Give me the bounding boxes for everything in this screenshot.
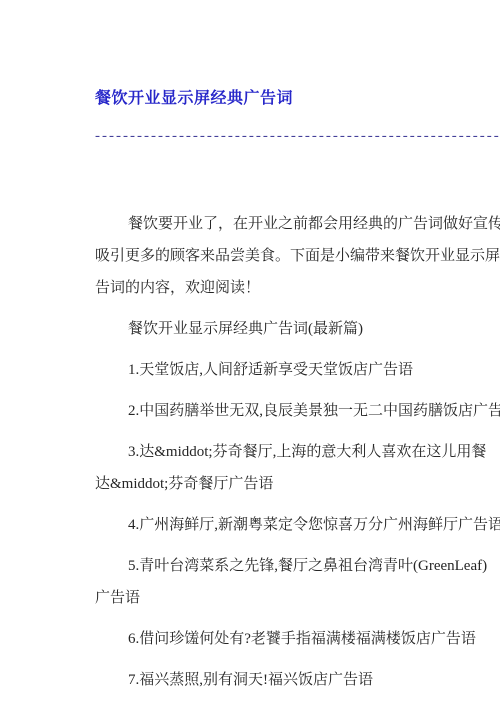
section-heading: 餐饮开业显示屏经典广告词(最新篇) — [95, 313, 500, 345]
ad-item-2-line-1: 2.中国药膳举世无双,良辰美景独一无二中国药膳饭店广告语 — [95, 395, 500, 427]
dashed-divider-line: ----------------------------------------… — [95, 126, 500, 146]
ad-item-2: 2.中国药膳举世无双,良辰美景独一无二中国药膳饭店广告语 — [95, 395, 500, 427]
ad-item-7-line-1: 7.福兴蒸照,别有洞天!福兴饭店广告语 — [95, 664, 500, 696]
ad-item-4: 4.广州海鲜厅,新潮粤菜定令您惊喜万分广州海鲜厅广告语 — [95, 509, 500, 541]
ad-item-6: 6.借问珍馐何处有?老饕手指福满楼福满楼饭店广告语 — [95, 623, 500, 655]
intro-paragraph: 餐饮要开业了，在开业之前都会用经典的广告词做好宣传工作， 吸引更多的顾客来品尝美… — [95, 208, 500, 304]
document-title: 餐饮开业显示屏经典广告词 — [95, 88, 500, 110]
ad-item-5-line-2: 广告语 — [95, 582, 500, 614]
document-body: 餐饮要开业了，在开业之前都会用经典的广告词做好宣传工作， 吸引更多的顾客来品尝美… — [95, 208, 500, 696]
ad-item-4-line-1: 4.广州海鲜厅,新潮粤菜定令您惊喜万分广州海鲜厅广告语 — [95, 509, 500, 541]
ad-item-3: 3.达&middot;芬奇餐厅,上海的意大利人喜欢在这儿用餐 达&middot;… — [95, 436, 500, 500]
ad-item-5-line-1: 5.青叶台湾菜系之先锋,餐厅之鼻祖台湾青叶(GreenLeaf) — [95, 550, 500, 582]
ad-item-1: 1.天堂饭店,人间舒适新享受天堂饭店广告语 — [95, 354, 500, 386]
intro-line-1: 餐饮要开业了，在开业之前都会用经典的广告词做好宣传工作， — [95, 208, 500, 240]
ad-item-7: 7.福兴蒸照,别有洞天!福兴饭店广告语 — [95, 664, 500, 696]
document-page: 餐饮开业显示屏经典广告词 ---------------------------… — [0, 0, 500, 708]
ad-item-6-line-1: 6.借问珍馐何处有?老饕手指福满楼福满楼饭店广告语 — [95, 623, 500, 655]
ad-item-3-line-1: 3.达&middot;芬奇餐厅,上海的意大利人喜欢在这儿用餐 — [95, 436, 500, 468]
section-heading-paragraph: 餐饮开业显示屏经典广告词(最新篇) — [95, 313, 500, 345]
intro-line-3: 告词的内容，欢迎阅读！ — [95, 272, 500, 304]
intro-line-2: 吸引更多的顾客来品尝美食。下面是小编带来餐饮开业显示屏经典广 — [95, 240, 500, 272]
ad-item-5: 5.青叶台湾菜系之先锋,餐厅之鼻祖台湾青叶(GreenLeaf) 广告语 — [95, 550, 500, 614]
ad-item-1-line-1: 1.天堂饭店,人间舒适新享受天堂饭店广告语 — [95, 354, 500, 386]
ad-item-3-line-2: 达&middot;芬奇餐厅广告语 — [95, 468, 500, 500]
